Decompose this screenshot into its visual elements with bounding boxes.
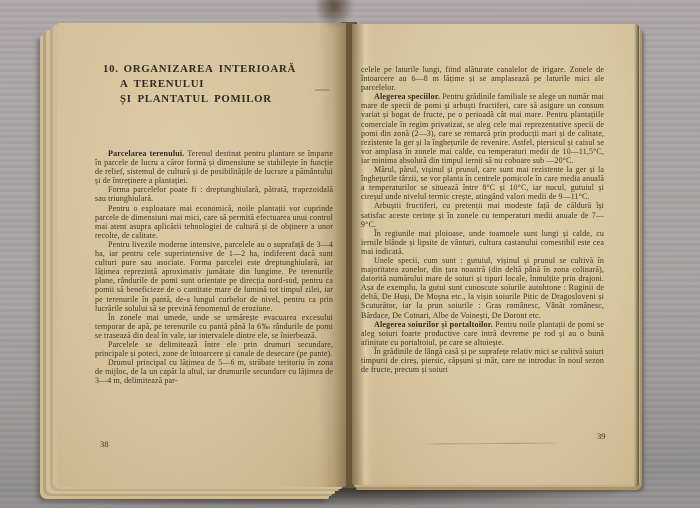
- paragraph-text: Drumul principal cu lățimea de 5—6 m, st…: [95, 358, 333, 385]
- paragraph-text: Parcelele se delimitează între ele prin …: [95, 340, 333, 358]
- pencil-mark: [315, 89, 329, 91]
- paragraph: Arbuștii fructiferi, cu pretenții mai mo…: [361, 201, 604, 228]
- paragraph-lead: Parcelarea terenului.: [108, 149, 185, 158]
- right-page-text: celele pe laturile lungi, fiind alăturat…: [361, 65, 604, 374]
- paragraph: În zonele mai umede, unde se urmărește e…: [95, 313, 333, 340]
- paragraph: Pentru o exploatare mai economică, noile…: [95, 204, 333, 240]
- chapter-title-line-2: A TERENULUI: [103, 77, 296, 92]
- paragraph-text: Unele specii, cum sunt : gutuiul, vișinu…: [361, 256, 604, 320]
- chapter-title: 10.ORGANIZAREA INTERIOARĂ A TERENULUI ȘI…: [103, 62, 296, 107]
- paragraph-text: Pentru grădinile familiale se alege un n…: [361, 92, 604, 165]
- pencil-mark: [422, 443, 557, 445]
- paragraph: În regiunile mai ploioase, unde toamnele…: [361, 229, 604, 256]
- paragraph: Forma parcelelor poate fi : dreptunghiul…: [95, 185, 333, 203]
- paragraph-lead: Alegerea soiurilor și portaltoilor.: [374, 320, 493, 329]
- paragraph-text: În regiunile mai ploioase, unde toamnele…: [361, 229, 604, 256]
- spine-top-shadow: [315, 0, 353, 27]
- left-page-text: Parcelarea terenului. Terenul destinat p…: [95, 149, 333, 385]
- page-number-right: 39: [597, 431, 606, 441]
- chapter-title-line-3: ȘI PLANTATUL POMILOR: [103, 92, 296, 107]
- paragraph: În grădinile de lângă casă și pe suprafe…: [361, 347, 604, 374]
- paragraph: Alegerea speciilor. Pentru grădinile fam…: [361, 92, 604, 165]
- paragraph: Drumul principal cu lățimea de 5—6 m, st…: [95, 358, 333, 385]
- paragraph-text: Pentru livezile moderne intensive, parce…: [95, 240, 333, 313]
- open-book-photo: 10.ORGANIZAREA INTERIOARĂ A TERENULUI ȘI…: [0, 0, 700, 508]
- page-number-left: 38: [100, 439, 109, 449]
- paragraph-lead: Alegerea speciilor.: [374, 92, 440, 101]
- paragraph-text: În grădinile de lângă casă și pe suprafe…: [361, 347, 604, 374]
- paragraph: Mărul, părul, vișinul și prunul, care su…: [361, 165, 604, 201]
- paragraph: Alegerea soiurilor și portaltoilor. Pent…: [361, 320, 604, 347]
- paragraph: Parcelele se delimitează între ele prin …: [95, 340, 333, 358]
- paragraph-text: Arbuștii fructiferi, cu pretenții mai mo…: [361, 201, 604, 228]
- paragraph: Pentru livezile moderne intensive, parce…: [95, 240, 333, 313]
- paragraph-text: Forma parcelelor poate fi : dreptunghiul…: [95, 185, 333, 203]
- paragraph-text: Pentru o exploatare mai economică, noile…: [95, 204, 333, 240]
- paragraph-text: În zonele mai umede, unde se urmărește e…: [95, 313, 333, 340]
- paragraph: celele pe laturile lungi, fiind alăturat…: [361, 65, 604, 92]
- chapter-number: 10.: [103, 63, 119, 75]
- right-page: celele pe laturile lungi, fiind alăturat…: [352, 24, 638, 485]
- paragraph: Parcelarea terenului. Terenul destinat p…: [95, 149, 333, 185]
- paragraph-text: Mărul, părul, vișinul și prunul, care su…: [361, 165, 604, 201]
- chapter-title-text-1: ORGANIZAREA INTERIOARĂ: [124, 63, 296, 75]
- chapter-title-line-1: 10.ORGANIZAREA INTERIOARĂ: [103, 62, 296, 77]
- paragraph: Unele specii, cum sunt : gutuiul, vișinu…: [361, 256, 604, 320]
- left-page: 10.ORGANIZAREA INTERIOARĂ A TERENULUI ȘI…: [57, 23, 346, 487]
- paragraph-text: celele pe laturile lungi, fiind alăturat…: [361, 65, 604, 92]
